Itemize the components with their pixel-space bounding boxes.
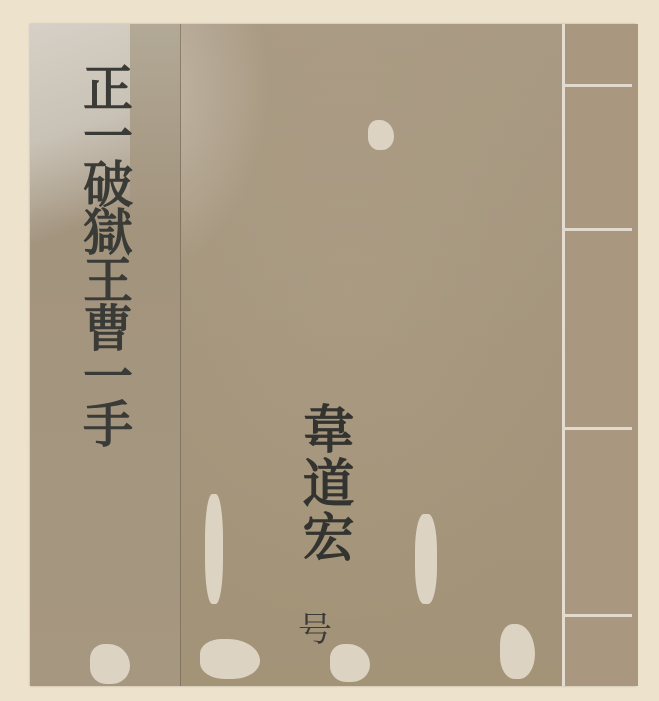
binding-spine bbox=[562, 24, 638, 686]
paper-stain bbox=[415, 514, 437, 604]
book-title: 正一破獄王曹一手 bbox=[64, 62, 144, 446]
paper-stain bbox=[200, 639, 260, 679]
binding-thread-vertical bbox=[562, 24, 565, 686]
paper-stain bbox=[368, 120, 394, 150]
binding-thread bbox=[562, 228, 632, 231]
binding-thread bbox=[562, 614, 632, 617]
cover-seam bbox=[180, 24, 181, 686]
book-cover: 正一破獄王曹一手 韋道宏 号 bbox=[30, 24, 562, 686]
book: 正一破獄王曹一手 韋道宏 号 bbox=[30, 24, 636, 686]
paper-stain bbox=[500, 624, 535, 679]
author-suffix: 号 bbox=[298, 602, 332, 651]
paper-stain bbox=[90, 644, 130, 684]
paper-stain bbox=[205, 494, 223, 604]
paper-stain bbox=[330, 644, 370, 682]
binding-thread bbox=[562, 84, 632, 87]
binding-thread bbox=[562, 427, 632, 430]
author-name: 韋道宏 bbox=[288, 402, 358, 564]
